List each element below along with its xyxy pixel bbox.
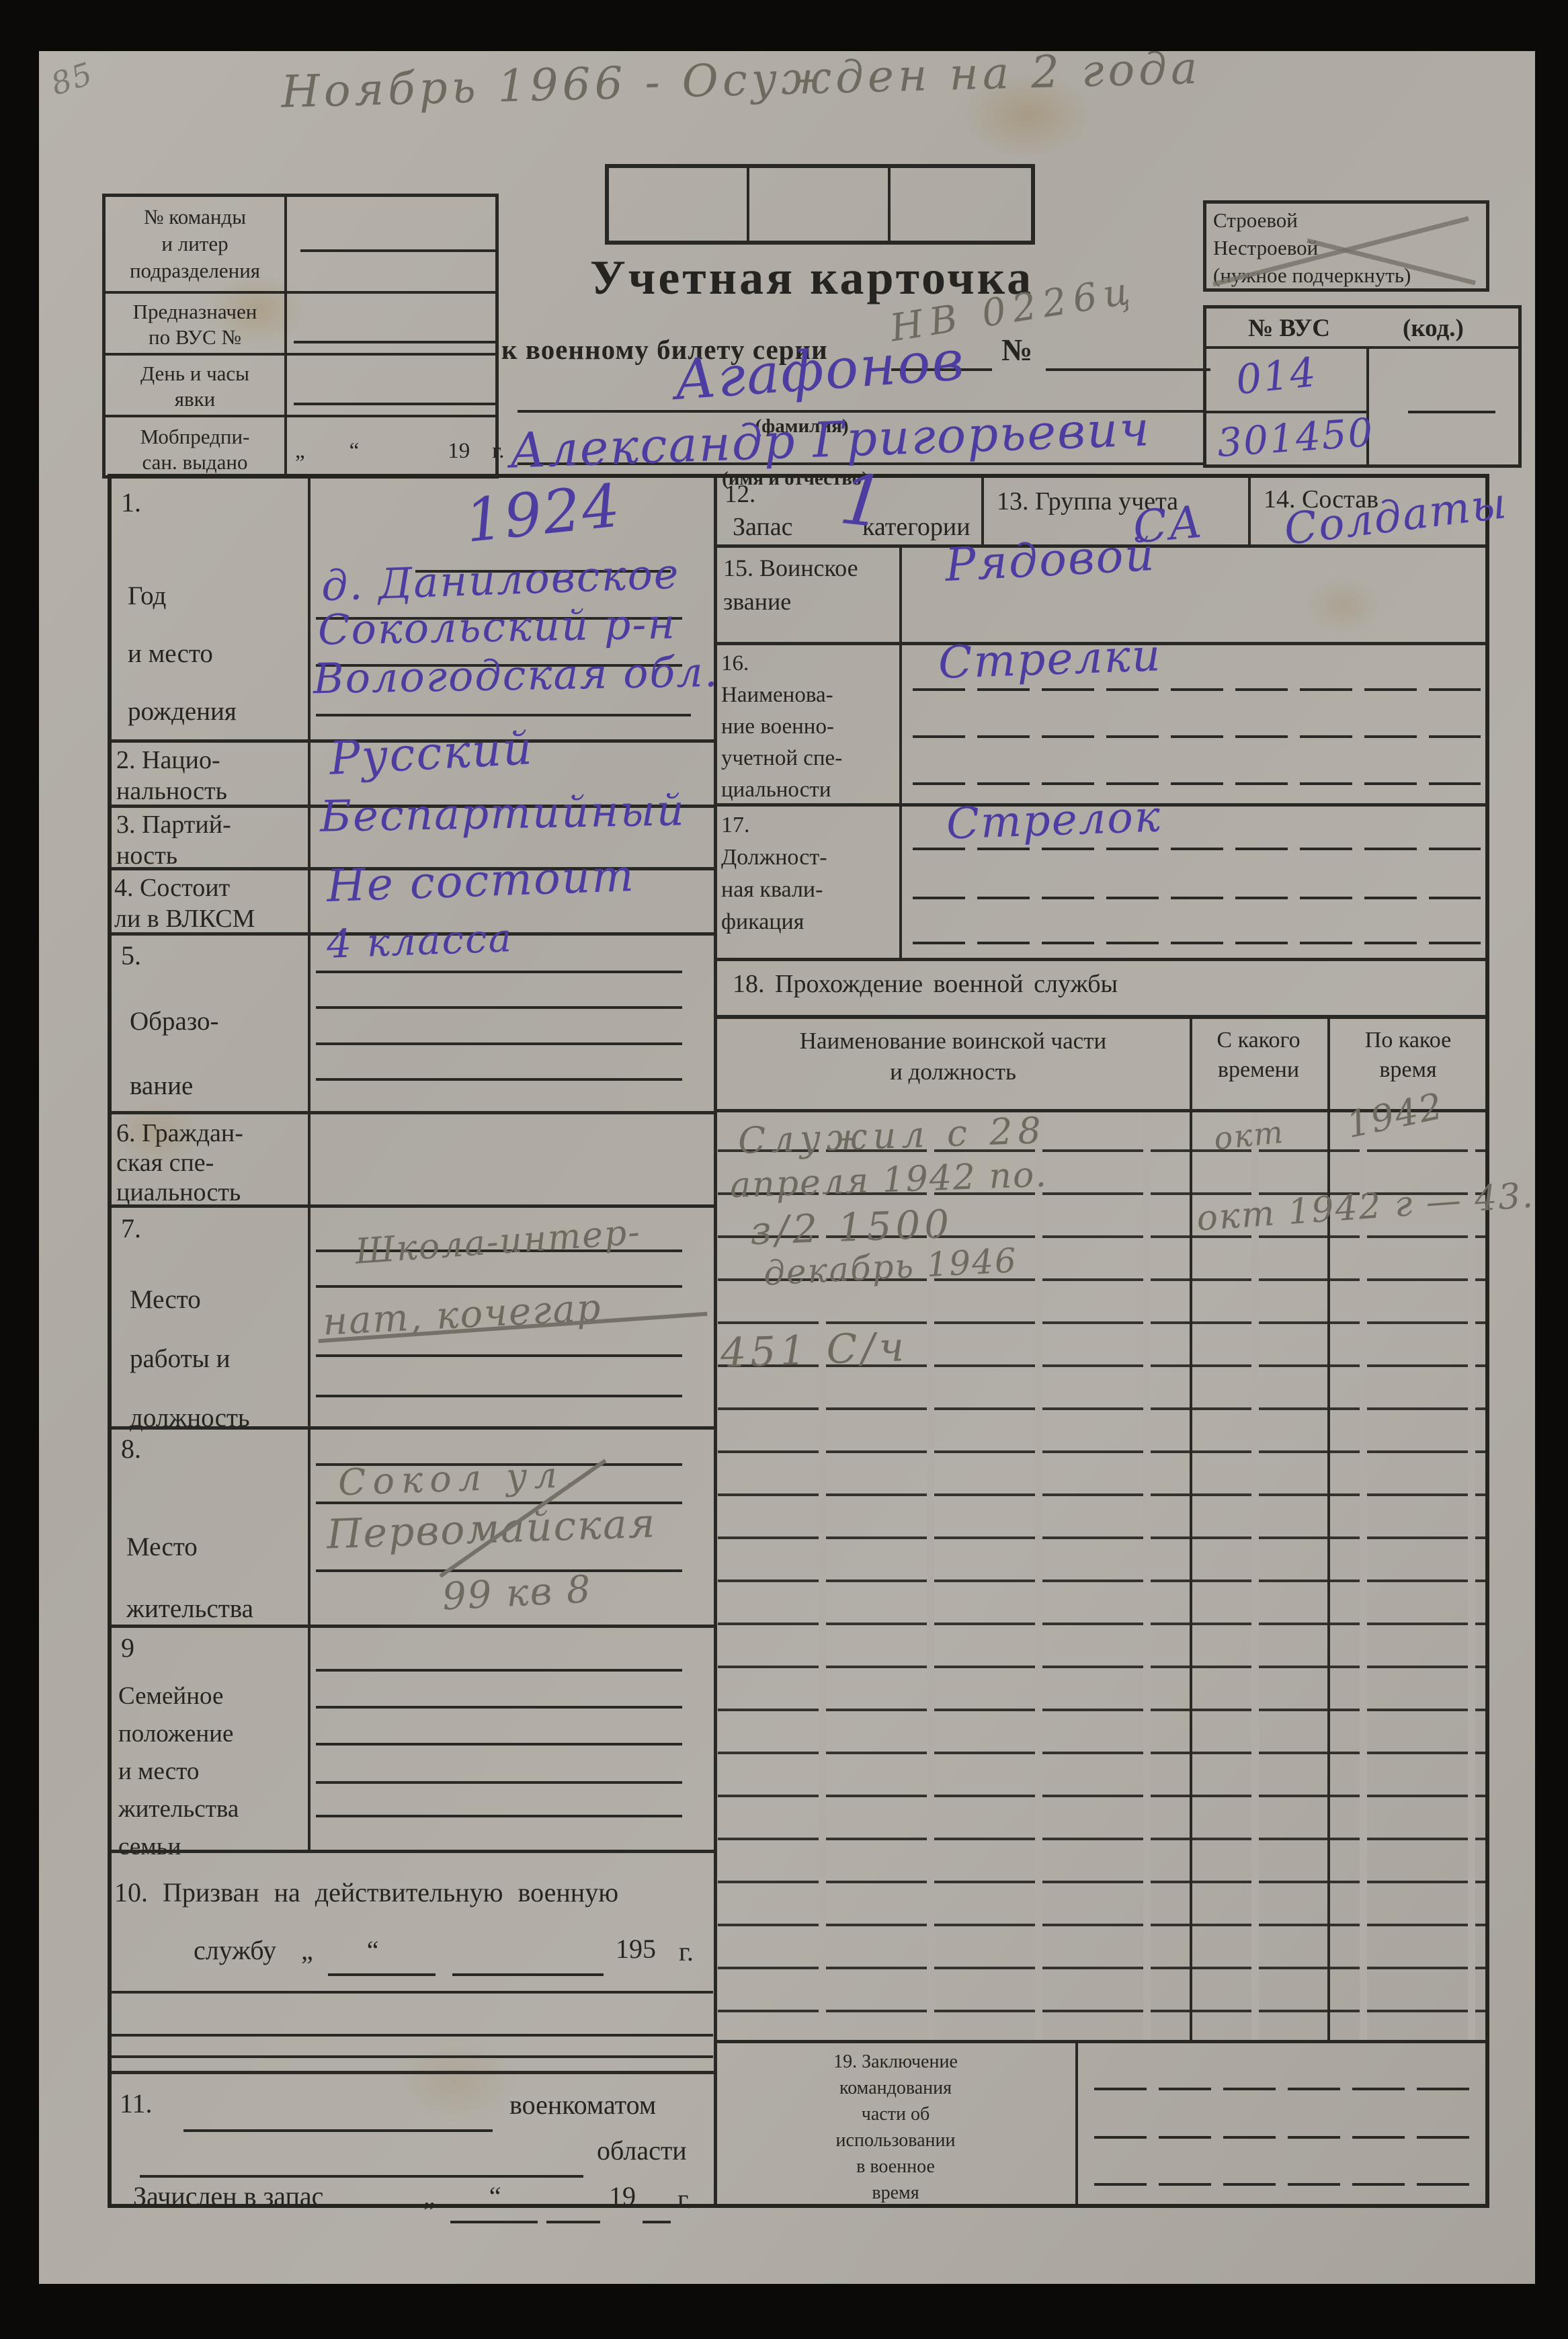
issue-date-blank: „ “ 19 г. xyxy=(295,439,504,464)
stroevoy-box: Строевой Нестроевой (нужное подчеркнуть) xyxy=(1203,200,1489,292)
blank-line xyxy=(294,403,495,405)
nationality-value: Русский xyxy=(328,722,534,786)
vlksm-status-value: Не состоит xyxy=(326,850,636,912)
education-value: 4 класса xyxy=(326,915,513,967)
residence-line3: 99 кв 8 xyxy=(441,1567,593,1619)
vus-code-label: (код.) xyxy=(1403,314,1464,343)
label-team-number: № команды и литер подразделения xyxy=(107,204,283,284)
code-cells-box xyxy=(605,164,1035,245)
reserve-category-value: 1 xyxy=(836,458,891,544)
vus-box-title: № ВУС xyxy=(1248,314,1330,343)
number-blank-line xyxy=(1046,368,1210,371)
vus-value: 014 xyxy=(1234,349,1319,404)
number-sign: № xyxy=(1001,332,1032,368)
military-rank-value: Рядовой xyxy=(944,528,1157,592)
residence-line1: Сокол ул. xyxy=(337,1453,583,1504)
blank-line xyxy=(300,249,495,252)
service-entry-unit-5: 451 С/ч xyxy=(720,1323,909,1377)
birth-place-line3: Вологодская обл. xyxy=(313,647,719,704)
blank-line xyxy=(294,341,495,343)
position-qualification-value: Стрелок xyxy=(946,792,1162,849)
vus-code-value: 301450 xyxy=(1216,409,1376,466)
label-report-day-hours: День и часы явки xyxy=(107,361,283,412)
pencil-cross-mark xyxy=(1206,204,1493,295)
party-status-value: Беспартийный xyxy=(319,786,686,842)
service-entry-from-1: окт xyxy=(1212,1114,1286,1157)
corner-page-number: 85 xyxy=(46,55,97,103)
registration-card-paper: 85 Ноябрь 1966 - Осужден на 2 года № ком… xyxy=(39,51,1535,2284)
scanned-military-card-photo: { "pencil": { "corner_number": "85", "to… xyxy=(0,0,1568,2339)
label-mob-order-issued: Мобпредпи- сан. выдано xyxy=(107,424,283,475)
vus-number-box: № ВУС (код.) 014 301450 xyxy=(1203,305,1522,468)
top-margin-note: Ноябрь 1966 - Осужден на 2 года xyxy=(280,51,1329,118)
birth-place-line2: Сокольский р-н xyxy=(317,599,676,654)
mobilization-header-box: № команды и литер подразделения Предназн… xyxy=(102,194,499,479)
specialty-name-value: Стрелки xyxy=(938,629,1163,689)
label-vus-purpose: Предназначен по ВУС № xyxy=(107,299,283,350)
